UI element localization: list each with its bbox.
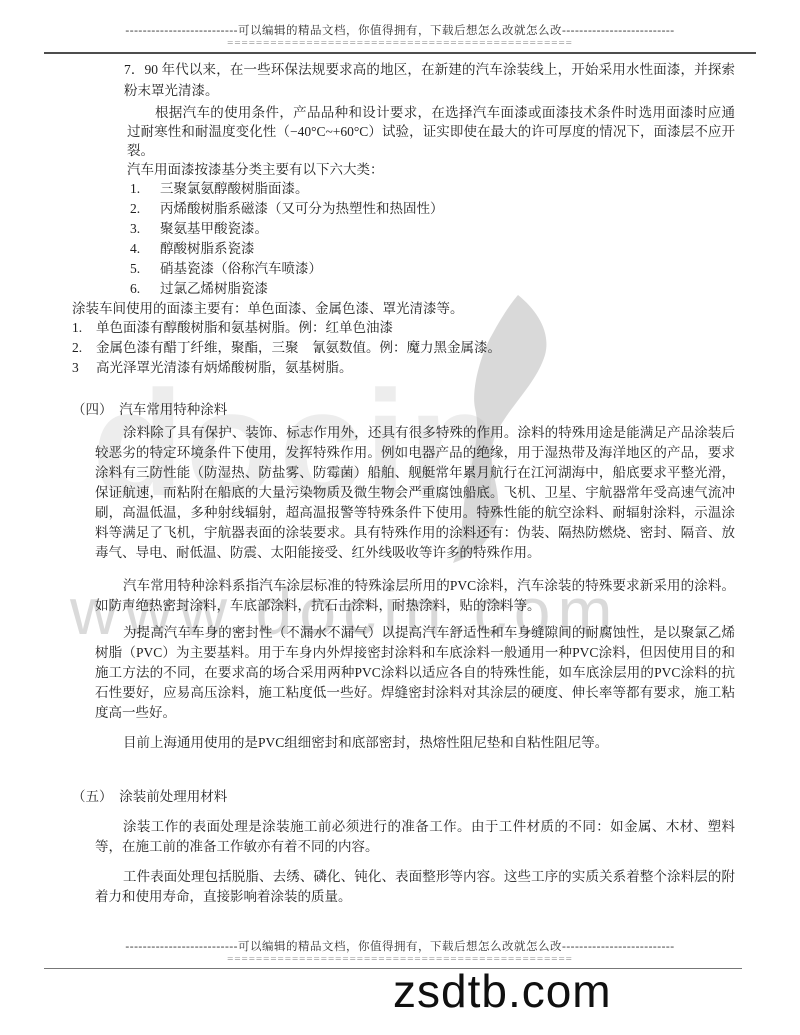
paragraph: 工件表面处理包括脱脂、去绣、磷化、钝化、表面整形等内容。这些工序的实质关系着整个… xyxy=(95,867,735,907)
shop-list-intro: 涂装车间使用的面漆主要有：单色面漆、金属色漆、罩光清漆等。 xyxy=(72,299,735,318)
list-item-number: 6. xyxy=(130,279,160,299)
list-item: 4. 醇酸树脂系瓷漆 xyxy=(130,239,735,259)
list-item: 2. 丙烯酸树脂系磁漆（又可分为热塑性和热固性） xyxy=(130,199,735,219)
paragraph-usage-conditions: 根据汽车的使用条件，产品品种和设计要求，在选择汽车面漆或面漆技术条件时选用面漆时… xyxy=(127,103,735,160)
list-item-number: 3 xyxy=(72,358,96,378)
list-item-text: 高光泽罩光清漆有炳烯酸树脂，氨基树脂。 xyxy=(96,358,353,378)
list-item-text: 金属色漆有醋丁纤维，聚酯，三聚 氰氨数值。例：魔力黑金属漆。 xyxy=(96,338,501,358)
list-item: 6. 过氯乙烯树脂瓷漆 xyxy=(130,279,735,299)
list-item-text: 聚氨基甲酸瓷漆。 xyxy=(160,219,268,239)
list-item: 3 高光泽罩光清漆有炳烯酸树脂，氨基树脂。 xyxy=(72,358,735,378)
header-rule xyxy=(44,52,756,54)
list-item-text: 过氯乙烯树脂瓷漆 xyxy=(160,279,268,299)
list-item: 1. 单色面漆有醇酸树脂和氨基树脂。例：红单色油漆 xyxy=(72,318,735,338)
header-banner: --------------------------可以编辑的精品文档，你值得拥… xyxy=(0,0,800,38)
list-item-number: 5. xyxy=(130,259,160,279)
list-item-text: 醇酸树脂系瓷漆 xyxy=(160,239,255,259)
list-item: 1. 三聚氯氨醇酸树脂面漆。 xyxy=(130,179,735,199)
list-item-text: 丙烯酸树脂系磁漆（又可分为热塑性和热固性） xyxy=(160,199,444,219)
list-item: 5. 硝基瓷漆（俗称汽车喷漆） xyxy=(130,259,735,279)
list-item-number: 2. xyxy=(72,338,96,358)
document-page: docin www.docin.com --------------------… xyxy=(0,0,800,1035)
list-item-text: 三聚氯氨醇酸树脂面漆。 xyxy=(160,179,309,199)
page-content: --------------------------可以编辑的精品文档，你值得拥… xyxy=(0,0,800,907)
section4-heading: （四） 汽车常用特种涂料 xyxy=(72,400,735,419)
topcoat-list-intro: 汽车用面漆按漆基分类主要有以下六大类： xyxy=(127,160,735,179)
site-watermark: zsdtb.com xyxy=(393,968,612,1014)
paragraph: 为提高汽车车身的密封性（不漏水不漏气）以提高汽车舒适性和车身缝隙间的耐腐蚀性，是… xyxy=(95,623,735,723)
section5-heading: （五） 涂装前处理用材料 xyxy=(72,787,735,807)
paragraph: 涂装工作的表面处理是涂装施工前必须进行的准备工作。由于工件材质的不同：如金属、木… xyxy=(95,817,735,857)
list-item: 2. 金属色漆有醋丁纤维，聚酯，三聚 氰氨数值。例：魔力黑金属漆。 xyxy=(72,338,735,358)
list-item-text: 单色面漆有醇酸树脂和氨基树脂。例：红单色油漆 xyxy=(96,318,393,338)
list-item-number: 1. xyxy=(130,179,160,199)
paragraph: 目前上海通用使用的是PVC组细密封和底部密封，热熔性阻尼垫和自粘性阻尼等。 xyxy=(95,733,735,753)
paragraph: 涂料除了具有保护、装饰、标志作用外，还具有很多特殊的作用。涂料的特殊用途是能满足… xyxy=(95,423,735,563)
list-item: 3. 聚氨基甲酸瓷漆。 xyxy=(130,219,735,239)
paragraph-item7: 7．90 年代以来，在一些环保法规要求高的地区，在新建的汽车涂装线上，开始采用水… xyxy=(124,59,735,101)
list-item-number: 4. xyxy=(130,239,160,259)
list-item-number: 3. xyxy=(130,219,160,239)
header-equals-divider: ========================================… xyxy=(0,38,800,49)
body-text-column: 7．90 年代以来，在一些环保法规要求高的地区，在新建的汽车涂装线上，开始采用水… xyxy=(72,59,735,907)
footer-equals-divider: ========================================… xyxy=(0,954,800,965)
footer-banner: --------------------------可以编辑的精品文档，你值得拥… xyxy=(0,938,800,954)
list-item-number: 2. xyxy=(130,199,160,219)
list-item-text: 硝基瓷漆（俗称汽车喷漆） xyxy=(160,259,322,279)
paragraph: 汽车常用特种涂料系指汽车涂层标准的特殊涂层所用的PVC涂料，汽车涂装的特殊要求新… xyxy=(95,576,735,616)
list-item-number: 1. xyxy=(72,318,96,338)
